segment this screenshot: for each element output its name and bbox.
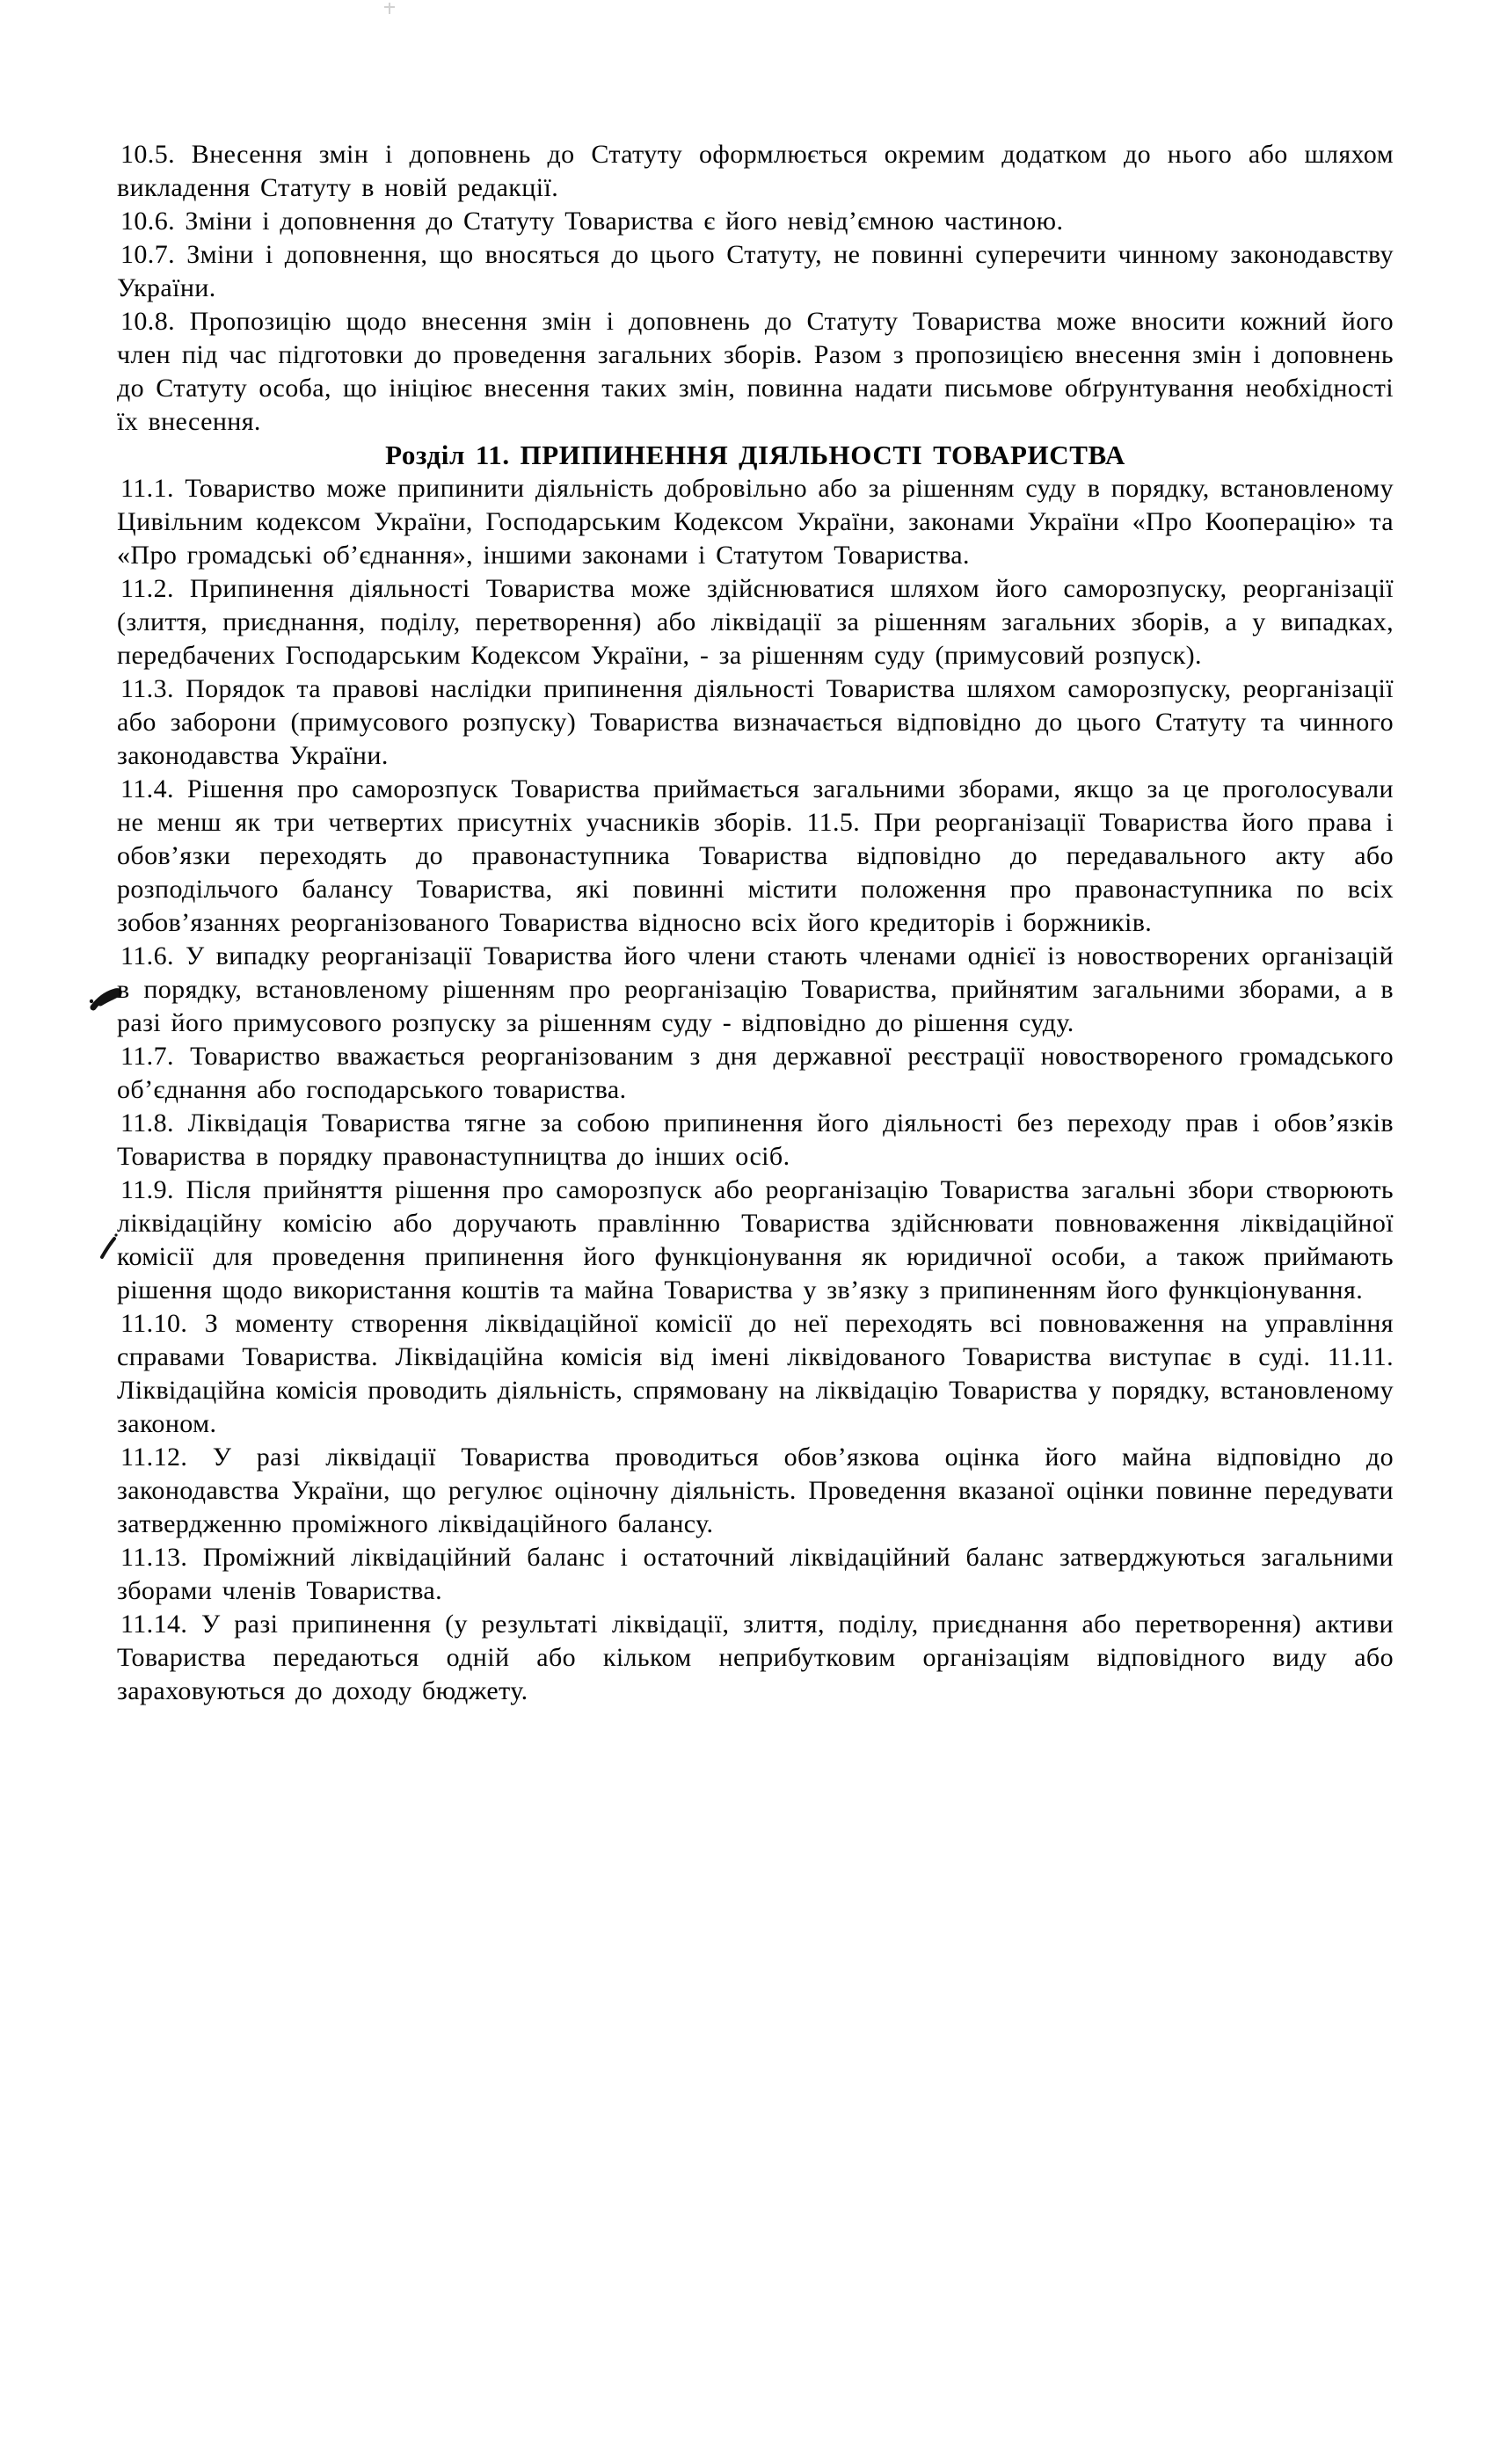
top-scan-tick-icon <box>384 3 395 14</box>
statute-paragraph: 10.5. Внесення змін і доповнень до Стату… <box>117 138 1394 205</box>
document-body: 10.5. Внесення змін і доповнень до Стату… <box>117 138 1394 1708</box>
statute-paragraph: 10.6. Зміни і доповнення до Статуту Това… <box>117 205 1394 238</box>
statute-paragraph: 11.1. Товариство може припинити діяльніс… <box>117 472 1394 572</box>
statute-paragraph: 11.4. Рішення про саморозпуск Товариства… <box>117 773 1394 940</box>
statute-paragraph: 11.2. Припинення діяльності Товариства м… <box>117 572 1394 672</box>
statute-paragraph: 11.12. У разі ліквідації Товариства пров… <box>117 1441 1394 1541</box>
statute-paragraph: 11.3. Порядок та правові наслідки припин… <box>117 672 1394 773</box>
statute-paragraph: 11.6. У випадку реорганізації Товариства… <box>117 940 1394 1040</box>
statute-paragraph: 11.7. Товариство вважається реорганізова… <box>117 1040 1394 1107</box>
section-heading: Розділ 11. ПРИПИНЕННЯ ДІЯЛЬНОСТІ ТОВАРИС… <box>117 439 1394 472</box>
statute-paragraph: 10.7. Зміни і доповнення, що вносяться д… <box>117 238 1394 305</box>
statute-paragraph: 11.10. З моменту створення ліквідаційної… <box>117 1307 1394 1441</box>
statute-paragraph: 11.9. Після прийняття рішення про саморо… <box>117 1174 1394 1307</box>
margin-pen-slash-icon <box>102 1233 118 1257</box>
statute-paragraph: 11.8. Ліквідація Товариства тягне за соб… <box>117 1107 1394 1174</box>
statute-paragraph: 11.14. У разі припинення (у результаті л… <box>117 1608 1394 1708</box>
document-page: 10.5. Внесення змін і доповнень до Стату… <box>0 0 1500 2464</box>
statute-paragraph: 11.13. Проміжний ліквідаційний баланс і … <box>117 1541 1394 1608</box>
statute-paragraph: 10.8. Пропозицію щодо внесення змін і до… <box>117 305 1394 439</box>
margin-pen-scribble-icon <box>90 992 119 1007</box>
